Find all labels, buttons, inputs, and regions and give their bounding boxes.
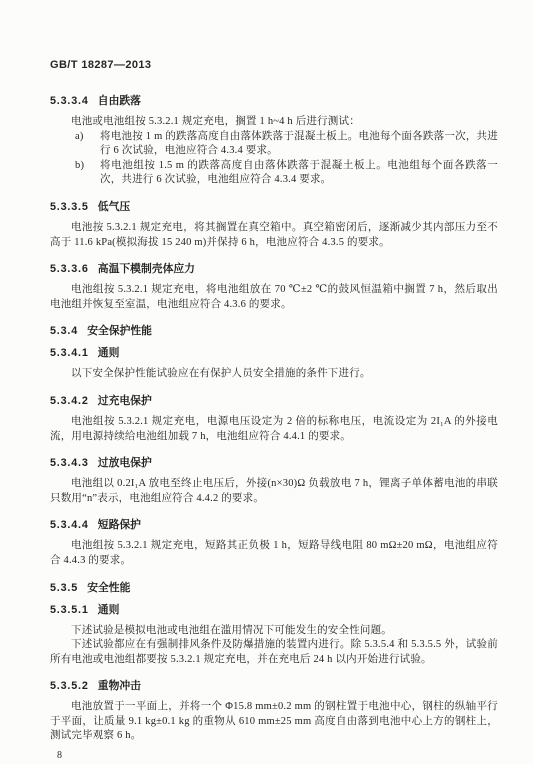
- list-item-a: a) 将电池按 1 m 的跌落高度自由落体跌落于混凝土板上。电池每个面各跌落一次…: [50, 130, 498, 159]
- section-title: 过充电保护: [98, 395, 152, 407]
- section-title: 重物冲击: [98, 680, 141, 692]
- paragraph: 电池或电池组按 5.3.2.1 规定充电，搁置 1 h~4 h 后进行测试：: [50, 115, 498, 130]
- section-title: 通则: [98, 347, 120, 359]
- section-number: 5.3.4.3: [50, 457, 89, 469]
- section-number: 5.3.3.6: [50, 263, 89, 275]
- section-heading-5-3-4: 5.3.4安全保护性能: [50, 325, 498, 338]
- section-heading-5-3-3-6: 5.3.3.6高温下模制壳体应力: [50, 263, 498, 276]
- paragraph: 以下安全保护性能试验应在有保护人员安全措施的条件下进行。: [50, 367, 498, 382]
- section-number: 5.3.4.1: [50, 347, 89, 359]
- section-title: 自由跌落: [98, 95, 141, 107]
- paragraph: 电池组按 5.3.2.1 规定充电，短路其正负极 1 h，短路导线电阻 80 m…: [50, 539, 498, 568]
- section-number: 5.3.3.5: [50, 201, 89, 213]
- standard-code: GB/T 18287—2013: [50, 59, 498, 71]
- section-number: 5.3.5.2: [50, 680, 89, 692]
- section-number: 5.3.5.1: [50, 604, 89, 616]
- paragraph: 下述试验是模拟电池或电池组在滥用情况下可能发生的安全性问题。: [50, 624, 498, 639]
- section-number: 5.3.3.4: [50, 95, 89, 107]
- section-title: 高温下模制壳体应力: [98, 263, 195, 275]
- section-number: 5.3.5: [50, 582, 78, 594]
- section-heading-5-3-4-4: 5.3.4.4短路保护: [50, 519, 498, 532]
- list-label: a): [75, 130, 84, 145]
- section-number: 5.3.4.4: [50, 519, 89, 531]
- paragraph: 电池组按 5.3.2.1 规定充电，将电池组放在 70 ℃±2 ℃的鼓风恒温箱中…: [50, 283, 498, 312]
- list-text: 将电池按 1 m 的跌落高度自由落体跌落于混凝土板上。电池每个面各跌落一次，共进…: [100, 131, 498, 157]
- section-heading-5-3-5: 5.3.5安全性能: [50, 582, 498, 595]
- section-heading-5-3-4-3: 5.3.4.3过放电保护: [50, 457, 498, 470]
- section-title: 安全性能: [87, 582, 130, 594]
- section-number: 5.3.4.2: [50, 395, 89, 407]
- section-title: 短路保护: [98, 519, 141, 531]
- paragraph: 电池组按 5.3.2.1 规定充电，电源电压设定为 2 倍的标称电压，电流设定为…: [50, 415, 498, 444]
- list-label: b): [75, 159, 84, 174]
- section-heading-5-3-4-1: 5.3.4.1通则: [50, 347, 498, 360]
- paragraph: 下述试验都应在有强制排风条件及防爆措施的装置内进行。除 5.3.5.4 和 5.…: [50, 638, 498, 667]
- section-title: 通则: [98, 604, 120, 616]
- list-item-b: b) 将电池组按 1.5 m 的跌落高度自由落体跌落于混凝土板上。电池组每个面各…: [50, 159, 498, 188]
- paragraph: 电池组以 0.2I₁A 放电至终止电压后，外接(n×30)Ω 负载放电 7 h，…: [50, 477, 498, 506]
- section-title: 安全保护性能: [87, 325, 152, 337]
- page-number: 8: [57, 750, 498, 761]
- section-heading-5-3-5-2: 5.3.5.2重物冲击: [50, 680, 498, 693]
- section-heading-5-3-3-4: 5.3.3.4自由跌落: [50, 95, 498, 108]
- section-title: 过放电保护: [98, 457, 152, 469]
- page-content: GB/T 18287—2013 5.3.3.4自由跌落 电池或电池组按 5.3.…: [50, 59, 498, 761]
- document-page: GB/T 18287—2013 5.3.3.4自由跌落 电池或电池组按 5.3.…: [0, 0, 534, 764]
- paragraph: 电池放置于一平面上，并将一个 Φ15.8 mm±0.2 mm 的钢柱置于电池中心…: [50, 700, 498, 744]
- section-heading-5-3-3-5: 5.3.3.5低气压: [50, 201, 498, 214]
- section-title: 低气压: [98, 201, 130, 213]
- section-number: 5.3.4: [50, 325, 78, 337]
- list-text: 将电池组按 1.5 m 的跌落高度自由落体跌落于混凝土板上。电池组每个面各跌落一…: [100, 160, 498, 186]
- section-heading-5-3-4-2: 5.3.4.2过充电保护: [50, 395, 498, 408]
- section-heading-5-3-5-1: 5.3.5.1通则: [50, 604, 498, 617]
- paragraph: 电池按 5.3.2.1 规定充电，将其搁置在真空箱中。真空箱密闭后，逐渐减少其内…: [50, 221, 498, 250]
